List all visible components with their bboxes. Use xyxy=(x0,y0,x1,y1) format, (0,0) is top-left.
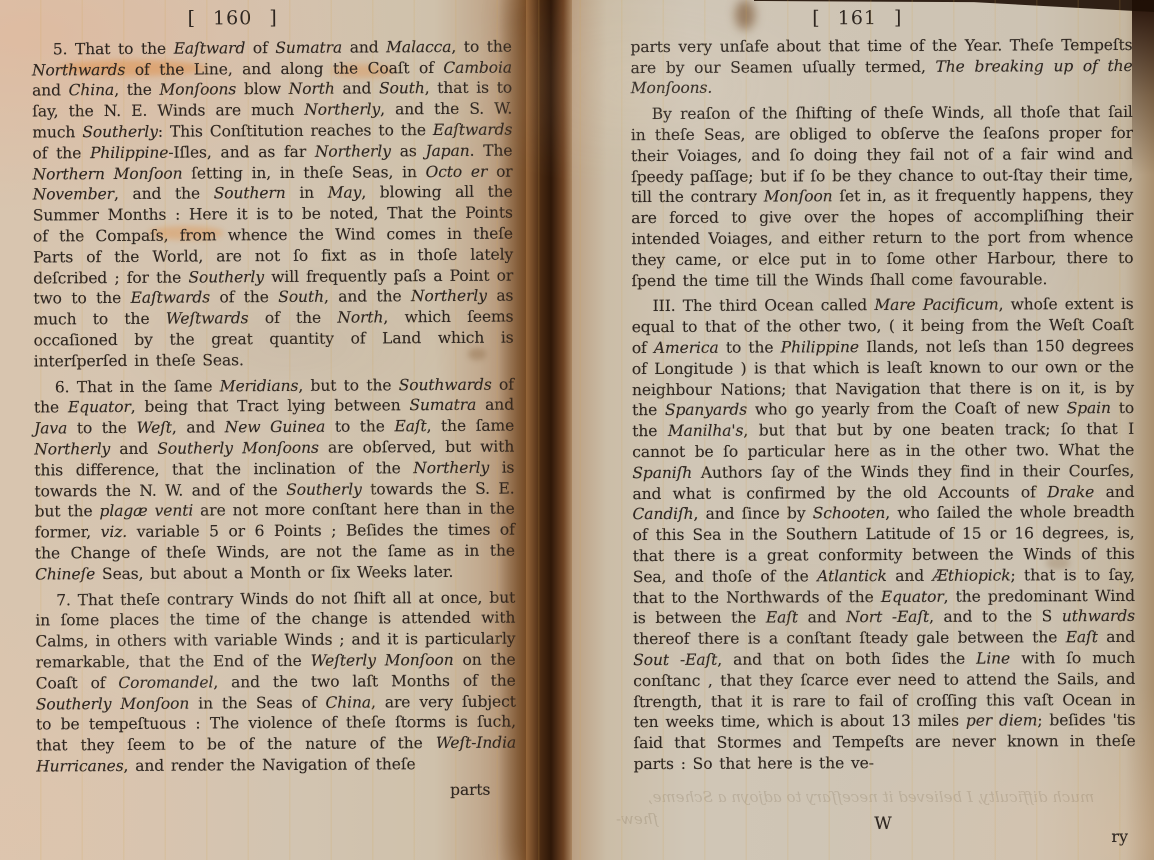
catchword-right: ry xyxy=(1111,827,1128,846)
smudge-mark xyxy=(735,0,755,30)
paragraph-continuation: parts very unſafe about that time of the… xyxy=(630,35,1132,100)
catchword-left: parts xyxy=(36,779,516,803)
page-left: [ 160 ] 5. That to the Eaſtward of Sumat… xyxy=(0,0,530,860)
right-text-column: [ 161 ] parts very unſafe about that tim… xyxy=(630,5,1135,780)
page-edge-shadow xyxy=(1132,0,1154,175)
page-number-right: [ 161 ] xyxy=(630,7,1084,30)
book-scan: [ 160 ] 5. That to the Eaſtward of Sumat… xyxy=(0,0,1154,860)
paragraph-6: 6. That in the ſame Meridians, but to th… xyxy=(34,374,515,585)
page-number-left: [ 160 ] xyxy=(32,7,434,30)
paragraph-5: 5. That to the Eaſtward of Sumatra and M… xyxy=(32,36,514,372)
page-right: much difficulty, I believed it neceſſary… xyxy=(572,0,1154,860)
signature-mark: W xyxy=(632,814,1134,834)
paragraph-by-reason: By reaſon of the ſhifting of theſe Winds… xyxy=(631,102,1134,291)
binding-gutter-shadow xyxy=(526,0,574,860)
paragraph-third-ocean: III. The third Ocean called Mare Pacific… xyxy=(632,294,1136,775)
signature-row: W ry xyxy=(632,814,1134,854)
paragraph-7: 7. That theſe contrary Winds do not ſhif… xyxy=(35,587,516,777)
foxing-spot xyxy=(1046,556,1070,570)
left-text-column: [ 160 ] 5. That to the Eaſtward of Sumat… xyxy=(32,7,517,803)
